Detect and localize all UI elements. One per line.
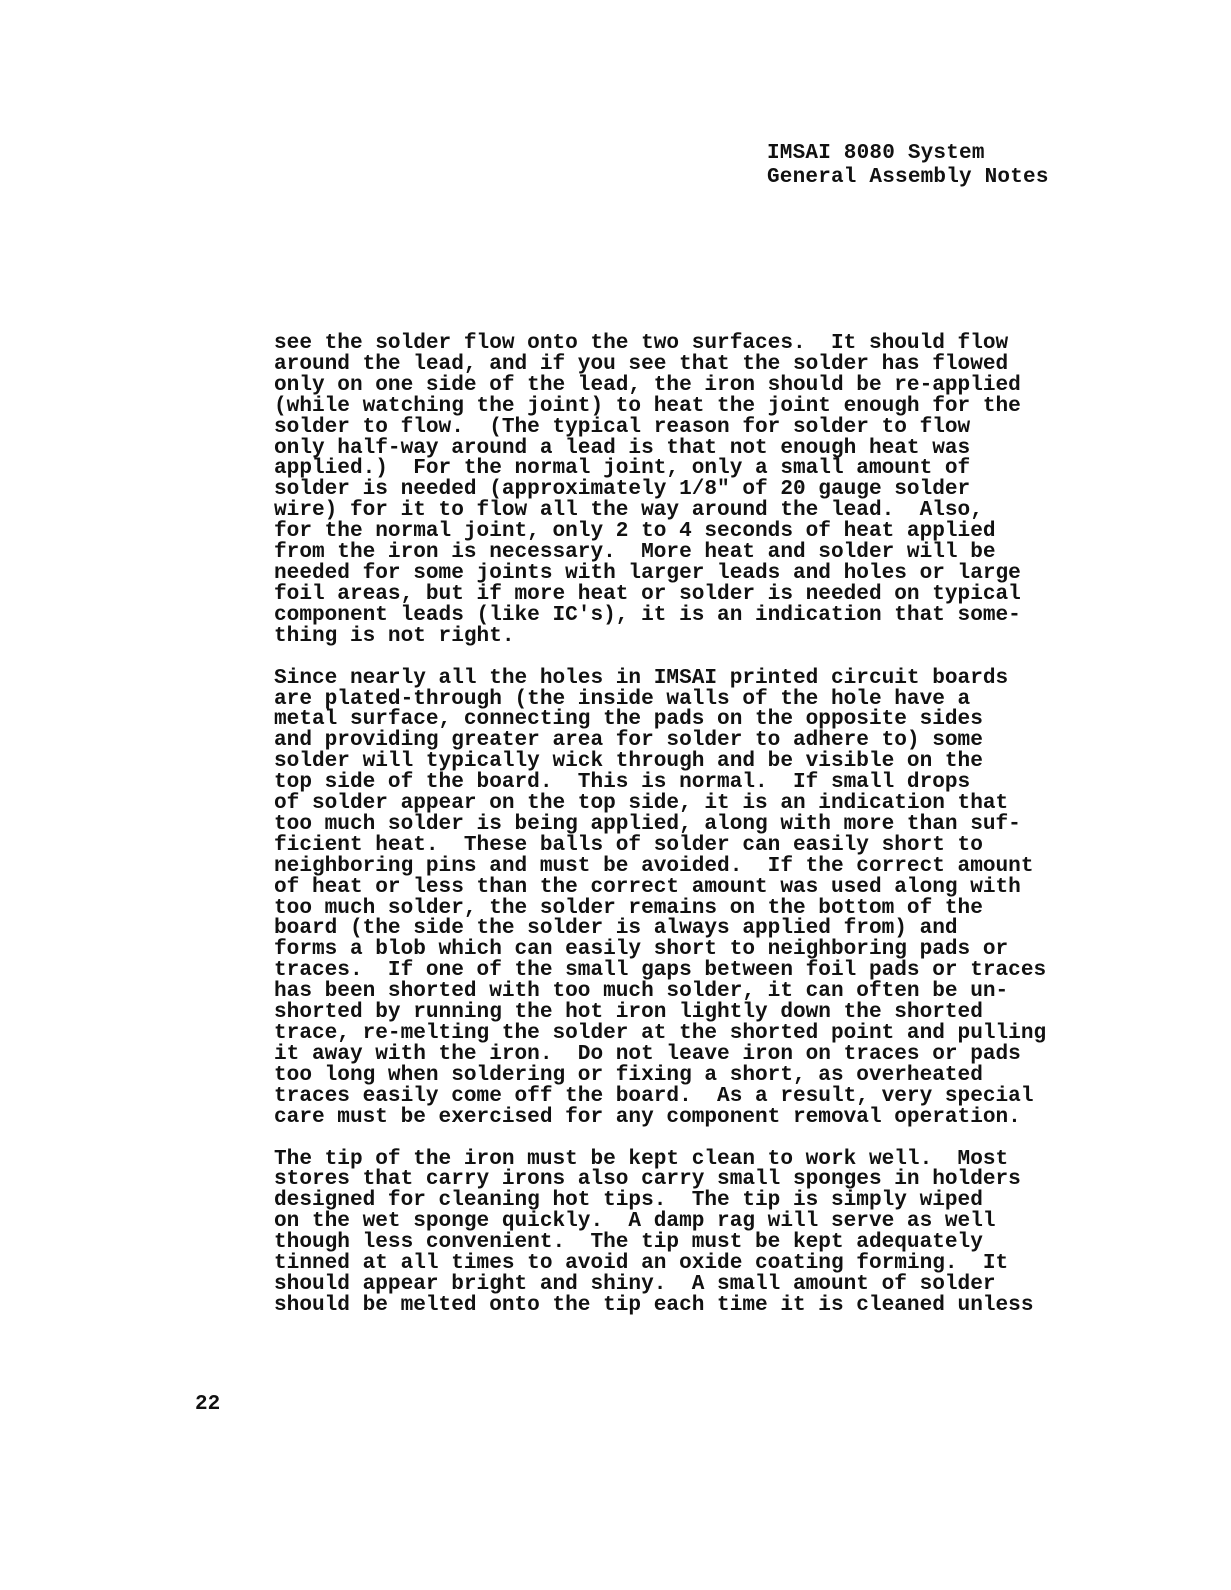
document-header: IMSAI 8080 System General Assembly Notes [767, 142, 1049, 190]
text-line: ficient heat. These balls of solder can … [274, 835, 1054, 856]
paragraph: see the solder flow onto the two surface… [274, 333, 1054, 647]
text-line: see the solder flow onto the two surface… [274, 333, 1054, 354]
text-line: wire) for it to flow all the way around … [274, 500, 1054, 521]
text-line: foil areas, but if more heat or solder i… [274, 584, 1054, 605]
text-line: should appear bright and shiny. A small … [274, 1274, 1054, 1295]
text-line: should be melted onto the tip each time … [274, 1295, 1054, 1316]
text-line: metal surface, connecting the pads on th… [274, 709, 1054, 730]
text-line: only on one side of the lead, the iron s… [274, 375, 1054, 396]
header-subtitle: General Assembly Notes [767, 166, 1049, 190]
text-line: of solder appear on the top side, it is … [274, 793, 1054, 814]
text-line: too much solder, the solder remains on t… [274, 898, 1054, 919]
text-line: from the iron is necessary. More heat an… [274, 542, 1054, 563]
text-line: trace, re-melting the solder at the shor… [274, 1023, 1054, 1044]
text-line: and providing greater area for solder to… [274, 730, 1054, 751]
text-line: too much solder is being applied, along … [274, 814, 1054, 835]
text-line: (while watching the joint) to heat the j… [274, 396, 1054, 417]
text-line: thing is not right. [274, 626, 1054, 647]
text-line: solder to flow. (The typical reason for … [274, 417, 1054, 438]
text-line: traces. If one of the small gaps between… [274, 960, 1054, 981]
paragraph: The tip of the iron must be kept clean t… [274, 1149, 1054, 1316]
text-line: around the lead, and if you see that the… [274, 354, 1054, 375]
text-line: solder will typically wick through and b… [274, 751, 1054, 772]
header-title: IMSAI 8080 System [767, 142, 1049, 166]
text-line: of heat or less than the correct amount … [274, 877, 1054, 898]
text-line: applied.) For the normal joint, only a s… [274, 458, 1054, 479]
text-line: only half-way around a lead is that not … [274, 438, 1054, 459]
text-line: are plated-through (the inside walls of … [274, 689, 1054, 710]
text-line: component leads (like IC's), it is an in… [274, 605, 1054, 626]
page-number: 22 [195, 1393, 220, 1417]
text-line: traces easily come off the board. As a r… [274, 1086, 1054, 1107]
text-line: neighboring pins and must be avoided. If… [274, 856, 1054, 877]
text-line: it away with the iron. Do not leave iron… [274, 1044, 1054, 1065]
text-line: forms a blob which can easily short to n… [274, 939, 1054, 960]
text-line: The tip of the iron must be kept clean t… [274, 1149, 1054, 1170]
text-line: shorted by running the hot iron lightly … [274, 1002, 1054, 1023]
text-line: has been shorted with too much solder, i… [274, 981, 1054, 1002]
text-line: top side of the board. This is normal. I… [274, 772, 1054, 793]
text-line: Since nearly all the holes in IMSAI prin… [274, 668, 1054, 689]
text-line: stores that carry irons also carry small… [274, 1169, 1054, 1190]
paragraph: Since nearly all the holes in IMSAI prin… [274, 668, 1054, 1128]
text-line: on the wet sponge quickly. A damp rag wi… [274, 1211, 1054, 1232]
text-line: for the normal joint, only 2 to 4 second… [274, 521, 1054, 542]
body-text: see the solder flow onto the two surface… [274, 333, 1054, 1337]
text-line: designed for cleaning hot tips. The tip … [274, 1190, 1054, 1211]
text-line: care must be exercised for any component… [274, 1107, 1054, 1128]
text-line: needed for some joints with larger leads… [274, 563, 1054, 584]
text-line: board (the side the solder is always app… [274, 918, 1054, 939]
text-line: though less convenient. The tip must be … [274, 1232, 1054, 1253]
text-line: too long when soldering or fixing a shor… [274, 1065, 1054, 1086]
text-line: solder is needed (approximately 1/8" of … [274, 479, 1054, 500]
text-line: tinned at all times to avoid an oxide co… [274, 1253, 1054, 1274]
